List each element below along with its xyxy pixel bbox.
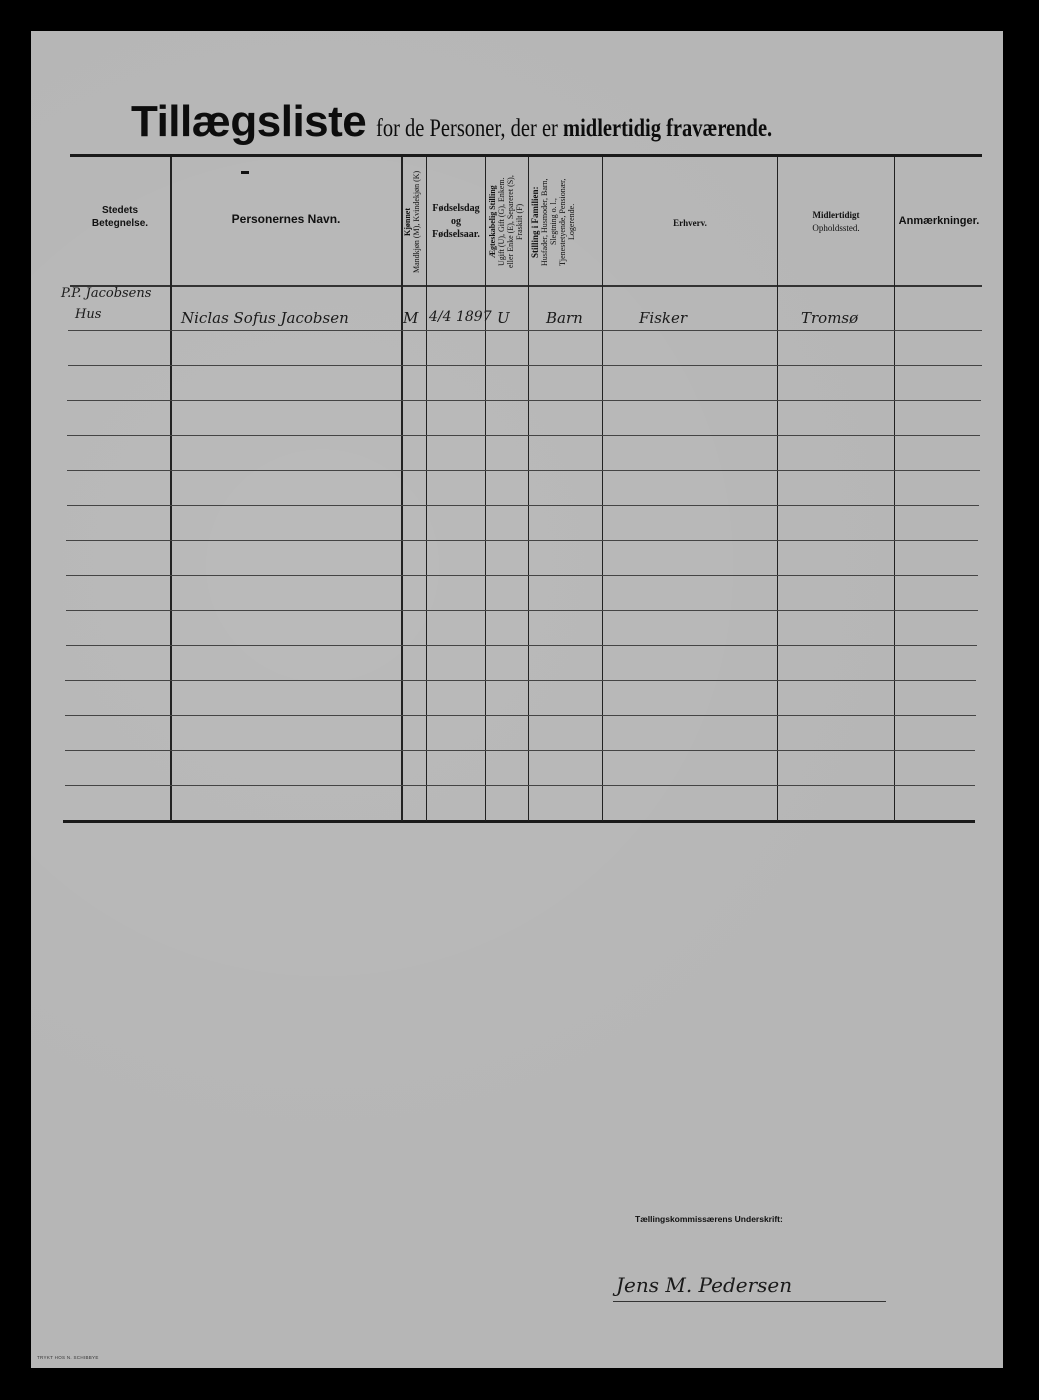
signature-label: Tællingskommissærens Underskrift: bbox=[635, 1214, 783, 1224]
header-stilling-line2: Husfader, Husmoder, Barn, bbox=[540, 161, 549, 283]
header-stilling: Stilling i Familien: Husfader, Husmoder,… bbox=[531, 161, 599, 283]
col-divider-8 bbox=[894, 157, 895, 821]
header-bottom-rule bbox=[70, 285, 982, 287]
header-aegteskab-line4: Fraskilt (F) bbox=[515, 161, 524, 283]
cell-stedets-line1: P.P. Jacobsens bbox=[61, 286, 151, 301]
title-rest-2: midlertidig fraværende. bbox=[563, 115, 772, 142]
col-divider-4 bbox=[485, 157, 486, 821]
signature-line bbox=[613, 1301, 886, 1302]
header-mark bbox=[241, 171, 249, 174]
cell-kjon: M bbox=[403, 309, 418, 327]
col-divider-5 bbox=[528, 157, 529, 821]
header-stedets-line2: Betegnelse. bbox=[71, 217, 169, 230]
header-anmaerkninger: Anmærkninger. bbox=[895, 215, 983, 228]
header-fodsel-line2: og bbox=[427, 215, 485, 228]
header-fodsel-line3: Fødselsaar. bbox=[427, 228, 485, 241]
cell-opholdssted: Tromsø bbox=[801, 309, 858, 327]
header-stedets-line1: Stedets bbox=[71, 204, 169, 217]
title-subtitle: for de Personer, der er midlertidig frav… bbox=[376, 115, 772, 143]
header-erhverv: Erhverv. bbox=[603, 217, 777, 230]
header-fodsel: Fødselsdag og Fødselsaar. bbox=[427, 202, 485, 241]
table-top-rule bbox=[70, 154, 982, 157]
header-aegteskab-line2: Ugift (U), Gift (G), Enkem. bbox=[497, 161, 506, 283]
header-stilling-line3: Slegtning o. l., bbox=[549, 161, 558, 283]
cell-fodsel: 4/4 1897 bbox=[429, 309, 492, 325]
header-stilling-line1: Stilling i Familien: bbox=[531, 161, 540, 283]
header-fodsel-line1: Fødselsdag bbox=[427, 202, 485, 215]
header-stilling-line4: Tjenestetyende, Pensionær, bbox=[558, 161, 567, 283]
cell-navn: Niclas Sofus Jacobsen bbox=[181, 309, 349, 327]
header-navn: Personernes Navn. bbox=[172, 213, 400, 226]
header-aegteskab-line3: eller Enke (E), Separeret (S), bbox=[506, 161, 515, 283]
cell-erhverv: Fisker bbox=[639, 309, 687, 327]
printer-mark: TRYKT HOS N. SCHIBBYE bbox=[37, 1355, 99, 1360]
header-kjon: Kjønnet Mandkjøn (M), Kvindekjøn (K) bbox=[403, 161, 425, 283]
title-rest-1: for de Personer, der er bbox=[376, 115, 558, 142]
header-stedets: Stedets Betegnelse. bbox=[71, 204, 169, 230]
cell-stilling: Barn bbox=[546, 309, 583, 327]
col-divider-6 bbox=[602, 157, 603, 821]
header-kjon-line2: Mandkjøn (M), Kvindekjøn (K) bbox=[412, 161, 421, 283]
table-bottom-rule bbox=[63, 820, 975, 823]
header-kjon-line1: Kjønnet bbox=[403, 161, 412, 283]
cell-aegteskab: U bbox=[497, 309, 510, 327]
header-opholdssted-line2: Opholdssted. bbox=[778, 222, 894, 235]
header-opholdssted-line1: Midlertidigt bbox=[778, 209, 894, 222]
col-divider-1 bbox=[170, 157, 172, 821]
col-divider-7 bbox=[777, 157, 778, 821]
title-main: Tillægsliste bbox=[131, 97, 366, 146]
form-title: Tillægsliste for de Personer, der er mid… bbox=[131, 97, 991, 147]
signature: Jens M. Pedersen bbox=[616, 1273, 792, 1297]
header-opholdssted: Midlertidigt Opholdssted. bbox=[778, 209, 894, 235]
cell-stedets-line2: Hus bbox=[75, 307, 101, 322]
census-form-page: Tillægsliste for de Personer, der er mid… bbox=[31, 31, 1003, 1368]
col-divider-3 bbox=[426, 157, 427, 821]
header-aegteskab-line1: Ægteskabelig Stilling bbox=[488, 161, 497, 283]
header-stilling-line5: Logerende. bbox=[567, 161, 576, 283]
header-aegteskab: Ægteskabelig Stilling Ugift (U), Gift (G… bbox=[488, 161, 526, 283]
